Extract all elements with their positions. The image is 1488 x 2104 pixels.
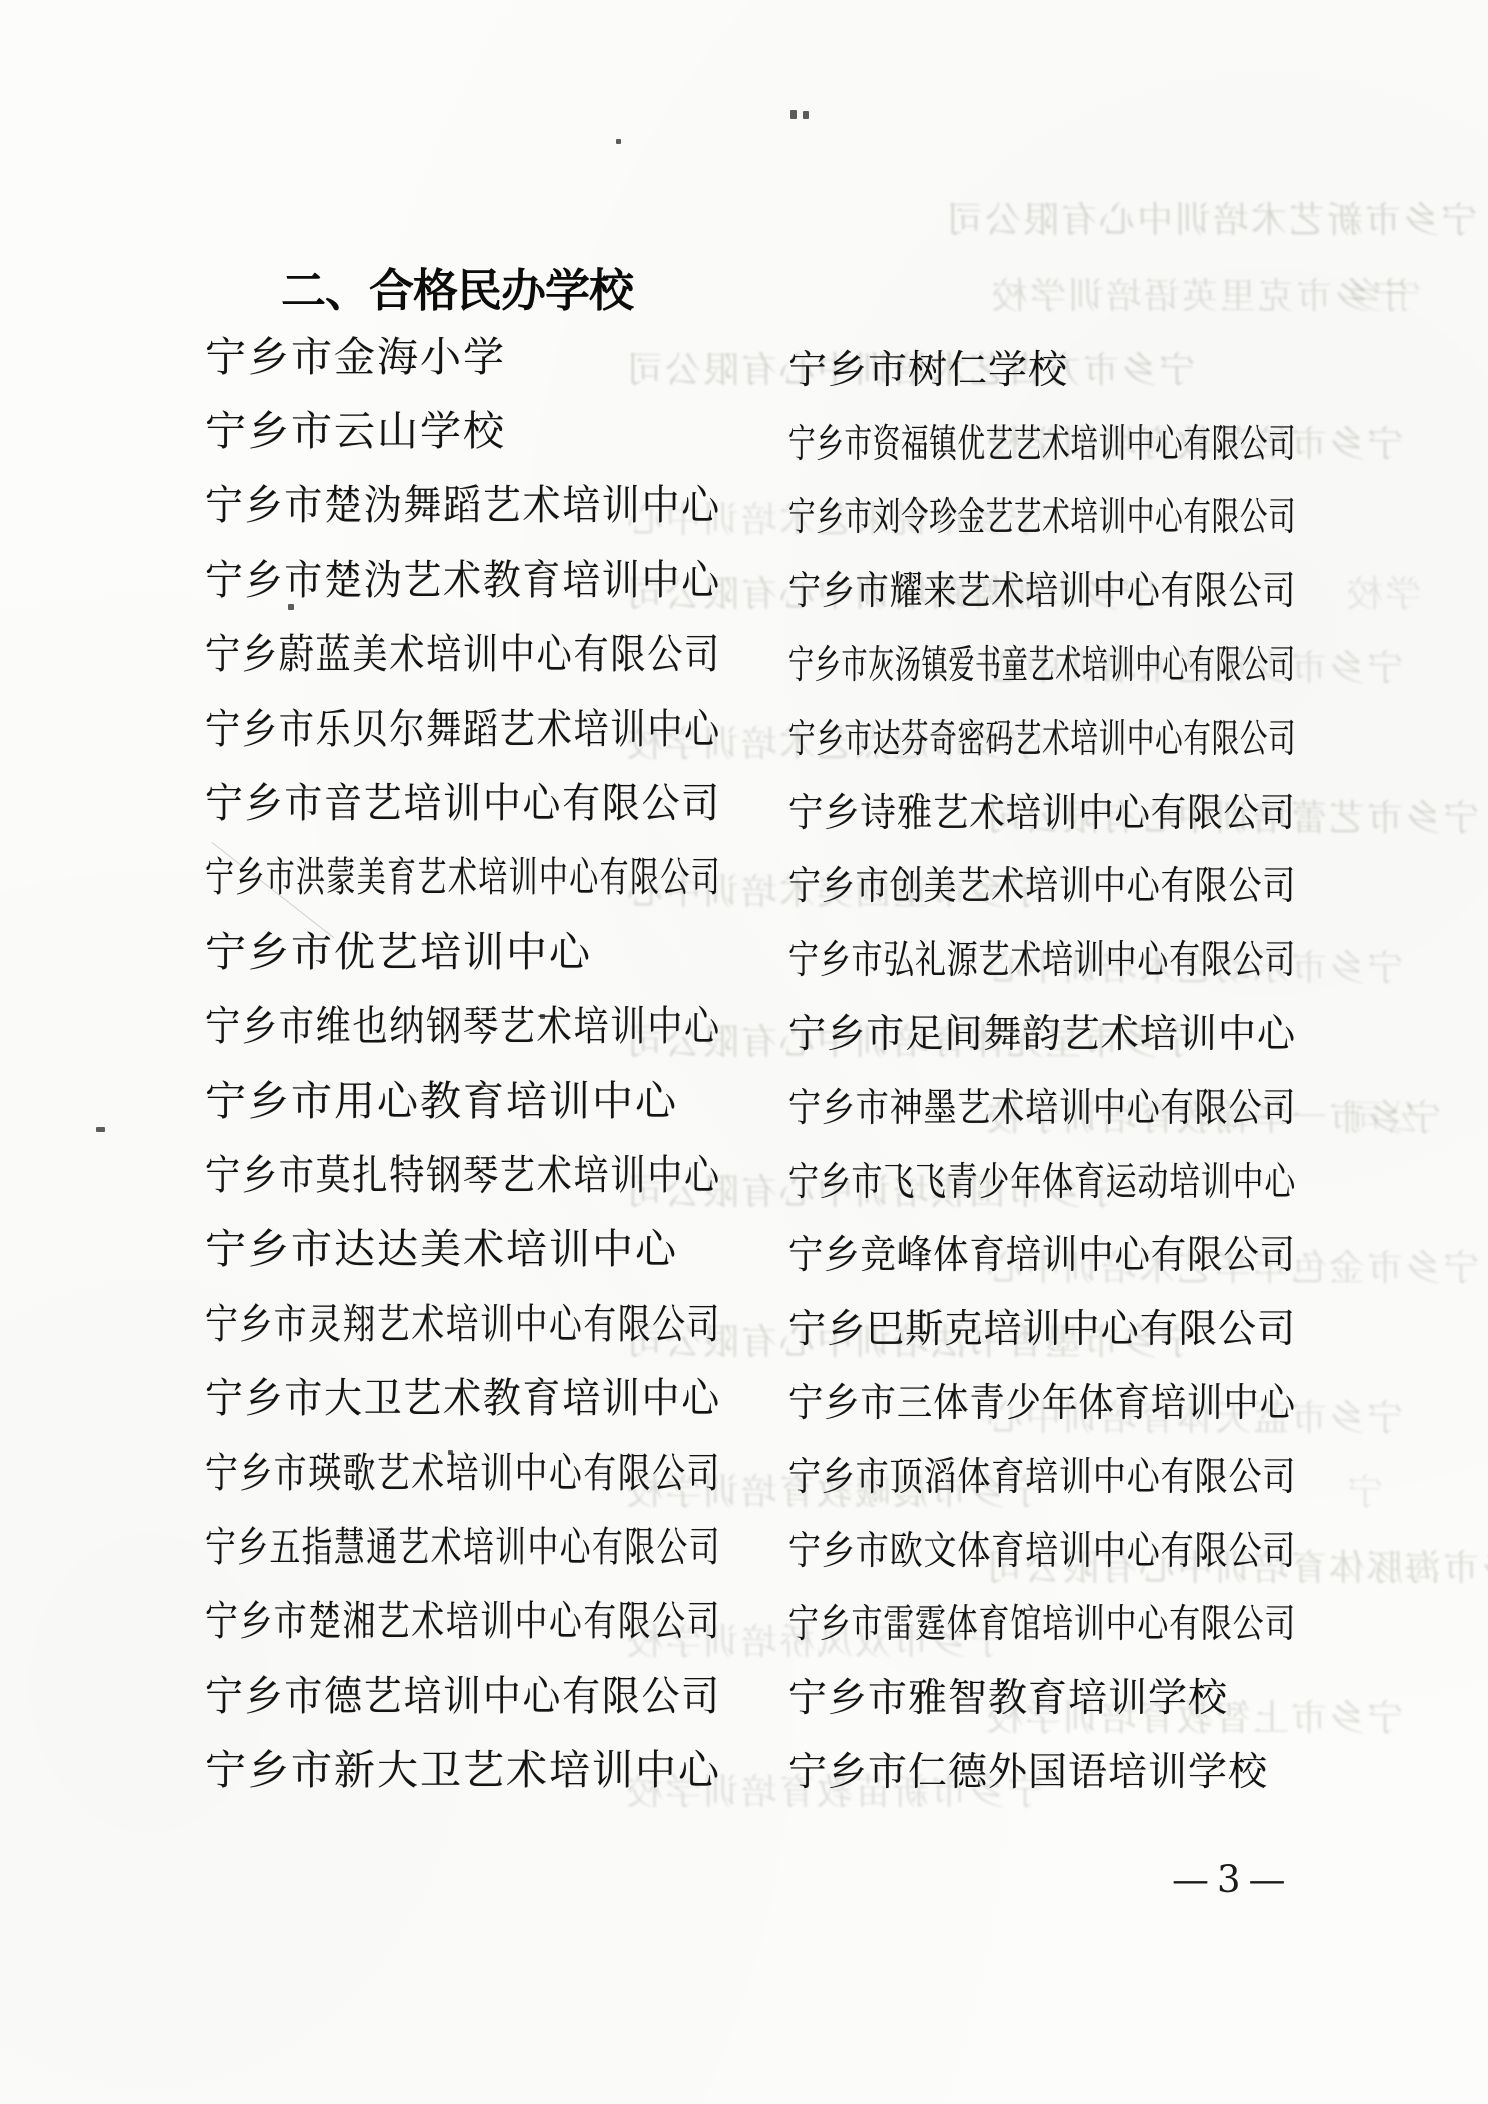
bleed-through-line: 宁乡市新艺术培训中心有限公司 — [945, 192, 1477, 243]
school-name: 宁乡市达达美术培训中心 — [205, 1216, 678, 1275]
school-list-row: 宁乡市仁德外国语培训学校 — [788, 1732, 1488, 1806]
school-name: 宁乡市飞飞青少年体育运动培训中心 — [788, 1151, 1296, 1207]
school-name: 宁乡市资福镇优艺艺术培训中心有限公司 — [788, 413, 1296, 469]
school-name: 宁乡市耀来艺术培训中心有限公司 — [788, 560, 1296, 616]
school-list-row: 宁乡市神墨艺术培训中心有限公司 — [788, 1068, 1488, 1142]
school-list-row: 宁乡巴斯克培训中心有限公司 — [788, 1289, 1488, 1363]
school-list-row: 宁乡市欧文体育培训中心有限公司 — [788, 1511, 1488, 1585]
school-list-row: 宁乡市雷霆体育馆培训中心有限公司 — [788, 1585, 1488, 1659]
school-name: 宁乡市优艺培训中心 — [205, 919, 592, 978]
scan-speck — [616, 139, 621, 144]
school-name: 宁乡市雷霆体育馆培训中心有限公司 — [788, 1593, 1296, 1649]
school-list-row: 宁乡市灰汤镇爱书童艺术培训中心有限公司 — [788, 625, 1488, 699]
school-name: 宁乡市新大卫艺术培训中心 — [205, 1737, 721, 1796]
school-list-row: 宁乡市雅智教育培训学校 — [788, 1658, 1488, 1732]
school-name: 宁乡市顶滔体育培训中心有限公司 — [788, 1446, 1296, 1502]
school-name: 宁乡巴斯克培训中心有限公司 — [788, 1298, 1296, 1354]
school-name: 宁乡蔚蓝美术培训中心有限公司 — [205, 621, 721, 680]
school-list-row: 宁乡市创美艺术培训中心有限公司 — [788, 847, 1488, 921]
school-list-row: 宁乡市三体青少年体育培训中心 — [788, 1363, 1488, 1437]
school-name: 宁乡市灰汤镇爱书童艺术培训中心有限公司 — [788, 634, 1296, 690]
page-number-dash-right: — — [1249, 1858, 1286, 1901]
school-name: 宁乡市达芬奇密码艺术培训中心有限公司 — [788, 708, 1296, 764]
scan-speck — [803, 111, 809, 119]
school-list-row: 宁乡市资福镇优艺艺术培训中心有限公司 — [788, 404, 1488, 478]
page-number-dash-left: — — [1172, 1858, 1209, 1901]
school-name: 宁乡市树仁学校 — [788, 339, 1068, 395]
school-name: 宁乡市神墨艺术培训中心有限公司 — [788, 1077, 1296, 1133]
school-name: 宁乡市金海小学 — [205, 324, 506, 383]
school-name: 宁乡市云山学校 — [205, 398, 506, 457]
school-name: 宁乡市刘令珍金艺艺术培训中心有限公司 — [788, 486, 1296, 542]
scanned-document-page: 宁乡市新艺术培训中心有限公司宁乡市克里英语培训学校宁乡市方古艺术培训中心有限公司… — [0, 0, 1488, 2104]
school-name: 宁乡市足间舞韵艺术培训中心 — [788, 1003, 1296, 1059]
section-heading: 二、合格民办学校 — [281, 254, 633, 319]
bleed-through-line: 宁乡市克里英语培训学校 — [990, 268, 1408, 319]
school-name: 宁乡市三体青少年体育培训中心 — [788, 1372, 1296, 1428]
page-number: — 3 — — [1172, 1858, 1286, 1901]
bleed-through-line: 宁乡 — [1345, 268, 1421, 319]
school-list-row: 宁乡市刘令珍金艺艺术培训中心有限公司 — [788, 478, 1488, 552]
school-name: 宁乡诗雅艺术培训中心有限公司 — [788, 782, 1296, 838]
school-name: 宁乡市瑛歌艺术培训中心有限公司 — [205, 1440, 721, 1499]
school-list-row: 宁乡市耀来艺术培训中心有限公司 — [788, 551, 1488, 625]
school-name: 宁乡市欧文体育培训中心有限公司 — [788, 1520, 1296, 1576]
school-name: 宁乡市仁德外国语培训学校 — [788, 1741, 1268, 1797]
school-name: 宁乡市弘礼源艺术培训中心有限公司 — [788, 929, 1296, 985]
school-list-row: 宁乡诗雅艺术培训中心有限公司 — [788, 773, 1488, 847]
school-name: 宁乡市楚沩艺术教育培训中心 — [205, 547, 721, 606]
school-name: 宁乡市大卫艺术教育培训中心 — [205, 1365, 721, 1424]
school-list-row: 宁乡市顶滔体育培训中心有限公司 — [788, 1437, 1488, 1511]
school-name: 宁乡市灵翔艺术培训中心有限公司 — [205, 1291, 721, 1350]
school-list-row: 宁乡市达芬奇密码艺术培训中心有限公司 — [788, 699, 1488, 773]
school-list-row: 宁乡竞峰体育培训中心有限公司 — [788, 1216, 1488, 1290]
page-number-value: 3 — [1217, 1858, 1241, 1901]
school-name: 宁乡市洪蒙美育艺术培训中心有限公司 — [205, 844, 721, 903]
school-name: 宁乡市维也纳钢琴艺术培训中心 — [205, 993, 721, 1052]
school-name: 宁乡市德艺培训中心有限公司 — [205, 1663, 721, 1722]
school-name: 宁乡市用心教育培训中心 — [205, 1068, 678, 1127]
school-name: 宁乡市莫扎特钢琴艺术培训中心 — [205, 1142, 721, 1201]
school-name: 宁乡市雅智教育培训学校 — [788, 1667, 1228, 1723]
school-list-row: 宁乡市树仁学校 — [788, 330, 1488, 404]
school-name: 宁乡竞峰体育培训中心有限公司 — [788, 1224, 1296, 1280]
school-name: 宁乡五指慧通艺术培训中心有限公司 — [205, 1514, 721, 1573]
school-name: 宁乡市乐贝尔舞蹈艺术培训中心 — [205, 696, 721, 755]
school-list-row: 宁乡市飞飞青少年体育运动培训中心 — [788, 1142, 1488, 1216]
school-name: 宁乡市楚湘艺术培训中心有限公司 — [205, 1588, 721, 1647]
school-name: 宁乡市创美艺术培训中心有限公司 — [788, 855, 1296, 911]
scan-speck — [96, 1127, 105, 1132]
scan-speck — [790, 110, 797, 119]
school-list-row: 宁乡市足间舞韵艺术培训中心 — [788, 994, 1488, 1068]
school-name: 宁乡市楚沩舞蹈艺术培训中心 — [205, 472, 721, 531]
school-name: 宁乡市音艺培训中心有限公司 — [205, 770, 721, 829]
right-column-school-list: 宁乡市树仁学校宁乡市资福镇优艺艺术培训中心有限公司宁乡市刘令珍金艺艺术培训中心有… — [788, 330, 1488, 1806]
school-list-row: 宁乡市弘礼源艺术培训中心有限公司 — [788, 920, 1488, 994]
